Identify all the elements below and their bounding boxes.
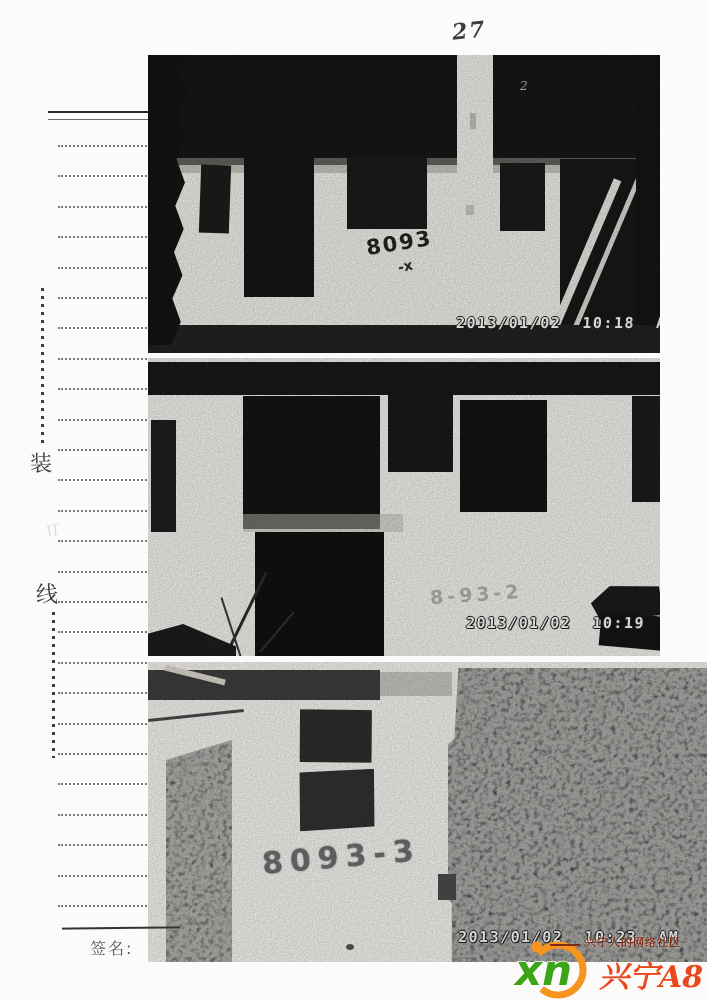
photo1-handwritten-submark: -x [396,258,414,277]
photo3-window-pane-top [298,707,374,766]
signature-label: 签名: [90,936,133,959]
photo1-corner-mark: 2 [520,79,528,93]
photo1-dark-pillar [244,157,314,297]
photo2-window-4 [632,396,660,502]
logo-text: xn [513,946,572,995]
scanned-document-page: 27 装 订 线 2 8093 -x 2013/01/02 10:18 AM [0,0,707,1000]
photo2-dark-mass-lower [255,532,384,656]
photo-3: 8093-3 2013/01/02 10:23 AM [148,662,707,962]
photo3-window-pane-bottom [298,769,376,832]
photo1-strip-mark [470,113,476,129]
photo2-camera-timestamp: 2013/01/02 10:19 AM [466,614,660,632]
binding-char-xian: 线 [36,578,58,609]
photo1-camera-timestamp: 2013/01/02 10:18 AM [456,314,660,332]
photo3-window [296,707,378,836]
photo-1: 2 8093 -x 2013/01/02 10:18 AM [148,55,660,353]
photo3-roof-band-light [380,672,452,696]
photo1-strip-mark [466,205,474,215]
binding-char-ding: 订 [45,519,62,541]
photo1-right-edge-column [636,55,660,353]
photo1-handwritten-number: 8093 [365,226,434,260]
photo2-window-3 [460,400,547,512]
photo3-eave-line [148,709,244,722]
photo3-wall-knob [438,874,456,900]
stone-texture [448,668,707,962]
photo3-right-stone-wall [448,668,707,962]
photo2-handwritten-number: 8-93-2 [429,581,523,609]
photo2-bottom-left-shadow [148,624,236,656]
watermark-brand-text: 兴宁A8 [599,952,703,996]
photo2-scan-band [243,514,403,532]
watermark-dash [550,944,580,946]
photo2-left-window [151,420,176,532]
photo2-dark-mass-upper [243,396,380,529]
photo2-window-2 [388,392,453,472]
photo1-window-1 [199,164,231,233]
binding-char-zhuang: 装 [29,447,52,479]
page-number: 27 [451,16,488,45]
photo1-white-strip [457,55,493,319]
watermark-tagline: 兴宁人的网络社区 [585,934,681,950]
photo1-window-2 [347,157,427,229]
binding-dotted-line-top [41,288,44,443]
photo3-left-textured-wall [166,740,232,962]
photo3-small-mark [346,944,354,950]
photo1-dark-upper-wall [148,55,660,165]
stone-texture [166,740,232,962]
photo1-window-3 [500,163,545,231]
photo3-handwritten-number: 8093-3 [261,833,422,882]
photo2-roof-band [148,362,660,395]
photo-2: 8-93-2 2013/01/02 10:19 AM [148,358,660,656]
photo1-jagged-left-edge [148,55,190,345]
top-rule-line [48,111,164,120]
binding-dotted-line-bottom [52,612,55,758]
